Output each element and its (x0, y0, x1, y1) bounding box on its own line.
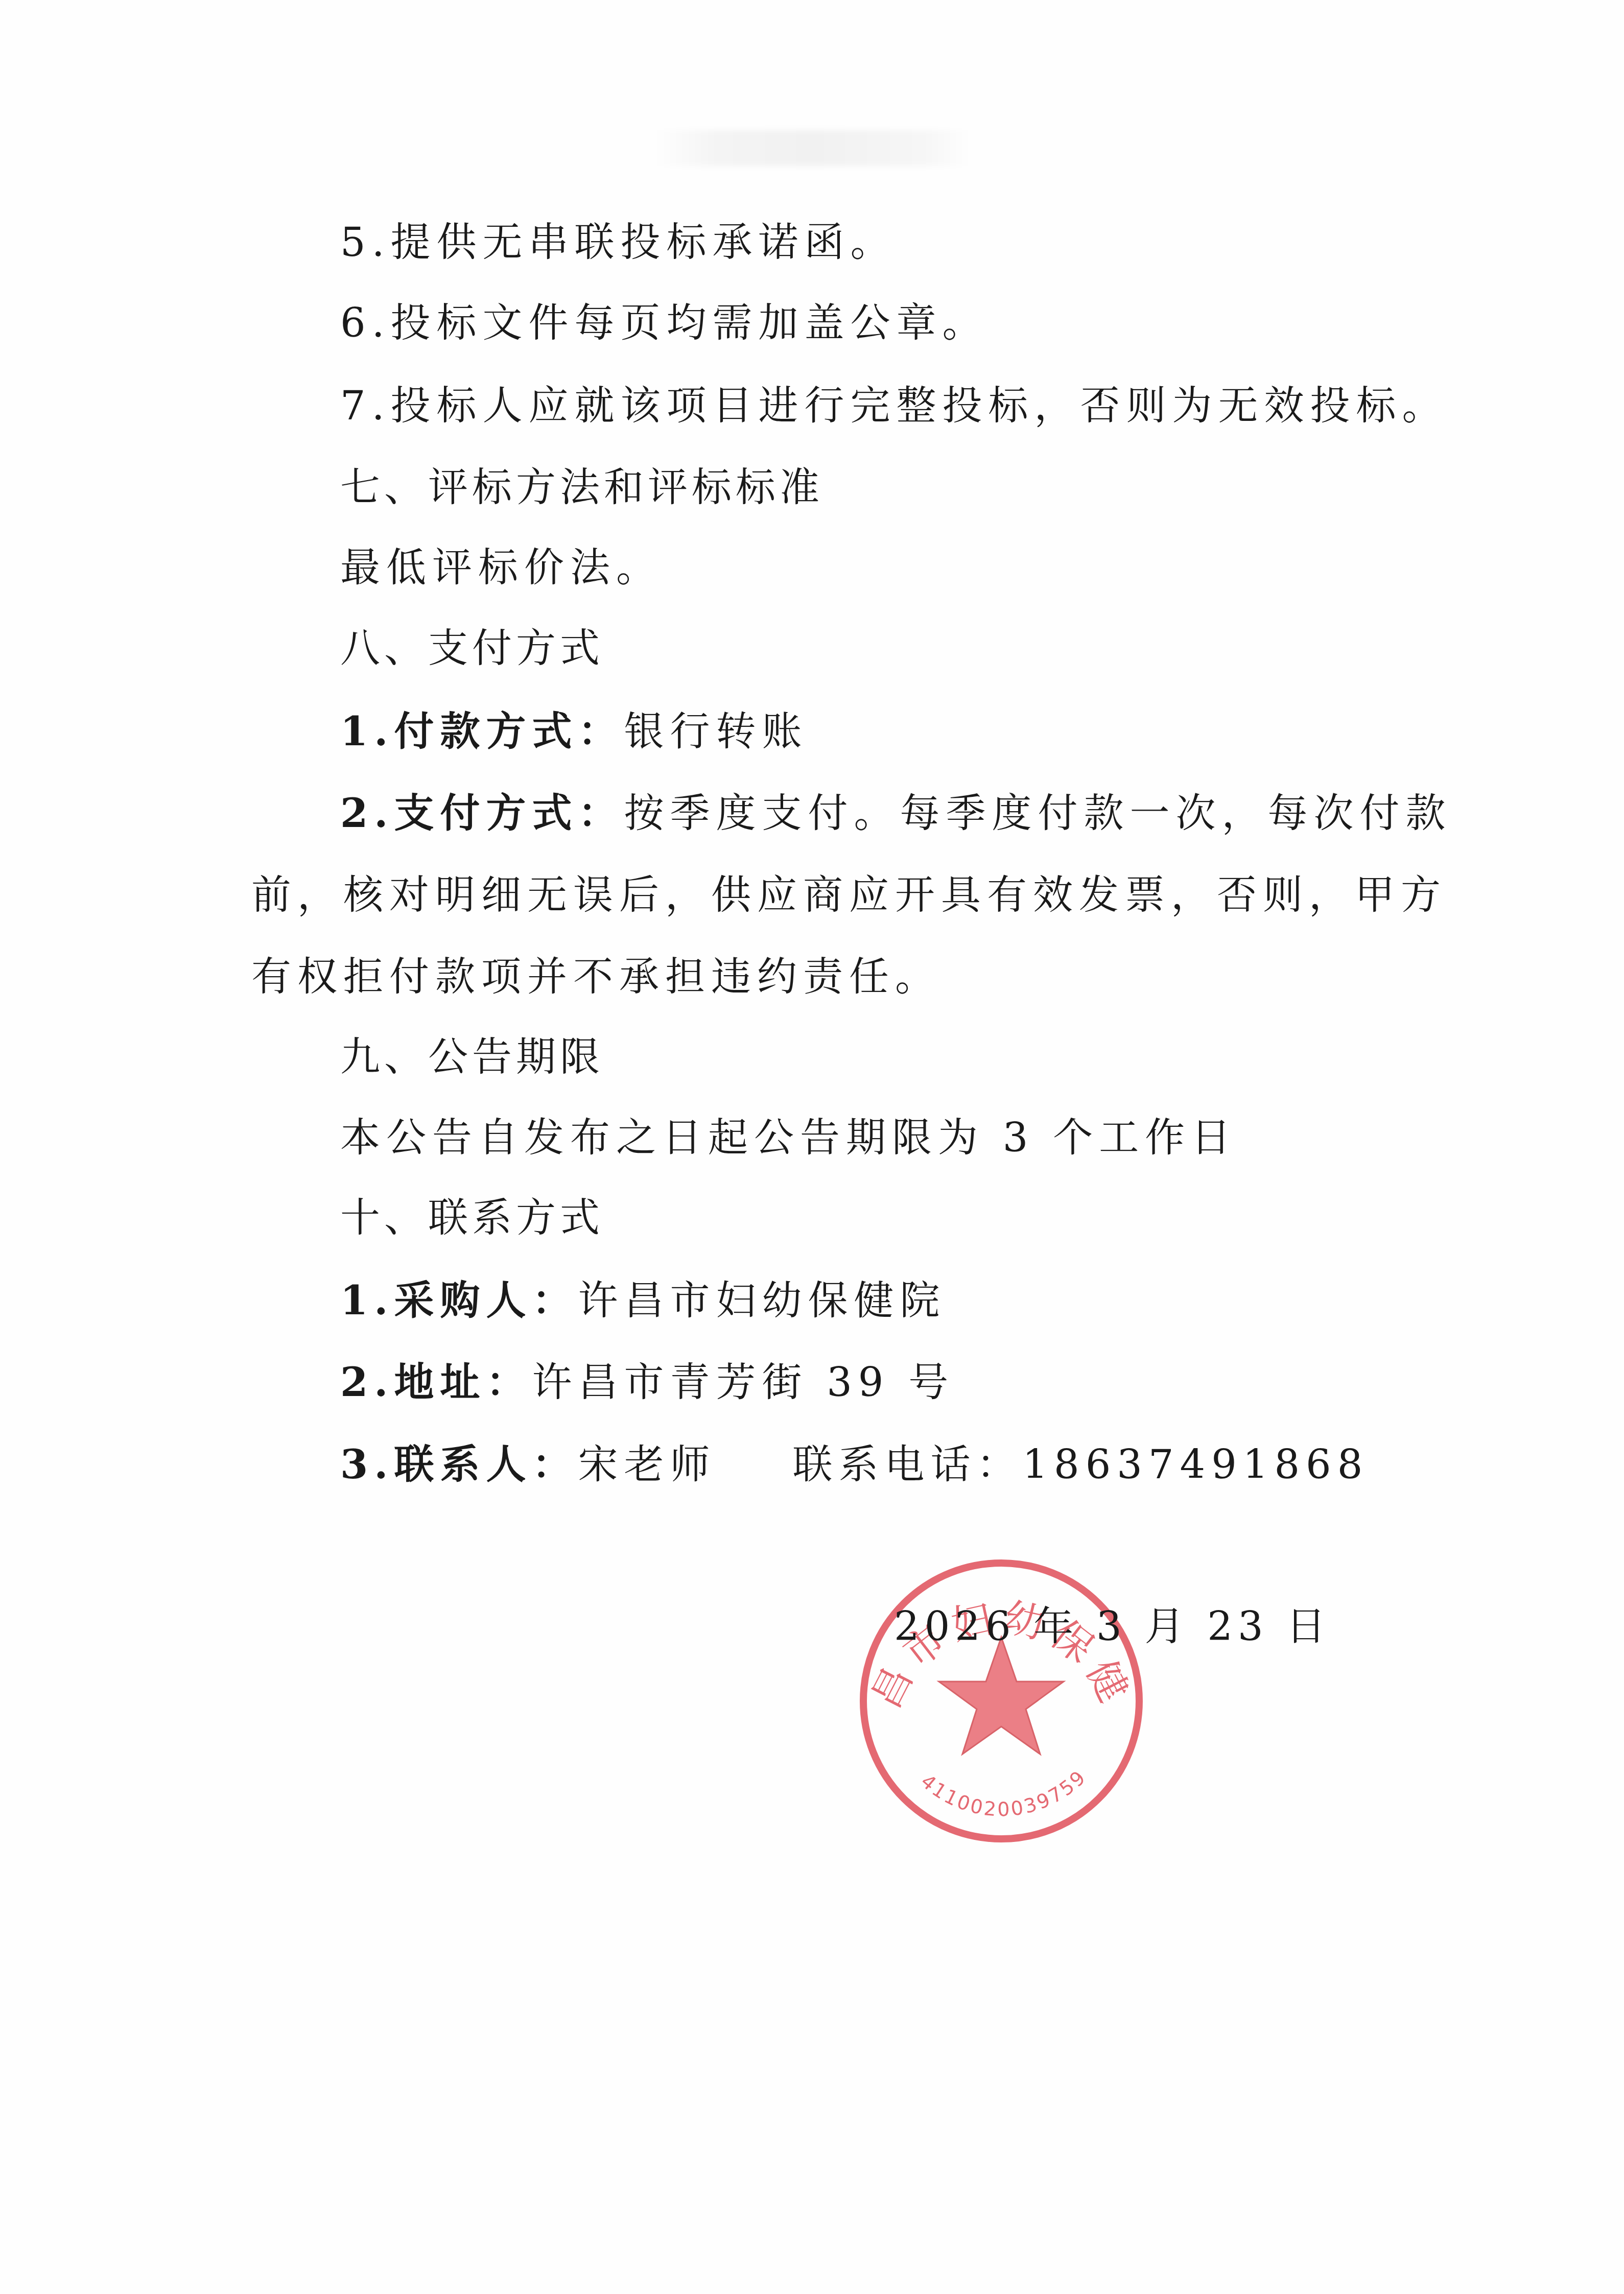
address-label: 2.地址： (340, 1359, 532, 1406)
section-10-heading: 十、联系方式 (340, 1193, 604, 1244)
section-8-heading: 八、支付方式 (340, 623, 604, 674)
section-9-heading: 九、公告期限 (340, 1032, 604, 1083)
contact-label: 3.联系人： (340, 1441, 578, 1488)
payment-method-value: 银行转账 (624, 709, 808, 755)
item-5: 5.提供无串联投标承诺函。 (340, 217, 896, 268)
item-text: 投标人应就该项目进行完整投标，否则为无效投标。 (390, 383, 1448, 429)
item-number: 7. (340, 383, 390, 429)
document-page: 5.提供无串联投标承诺函。 6.投标文件每页均需加盖公章。 7.投标人应就该项目… (0, 0, 1624, 2294)
payment-terms-line3: 有权拒付款项并不承担违约责任。 (251, 952, 941, 1003)
item-number: 5. (340, 220, 390, 266)
payment-terms: 2.支付方式：按季度支付。每季度付款一次，每次付款 (340, 788, 1451, 839)
section-9-body: 本公告自发布之日起公告期限为 3 个工作日 (340, 1113, 1237, 1164)
phone-label: 联系电话： (792, 1442, 1022, 1488)
address-value: 许昌市青芳街 39 号 (532, 1360, 954, 1406)
item-text: 提供无串联投标承诺函。 (390, 220, 896, 266)
seal-code: 4110020039759 (916, 1765, 1091, 1821)
document-date: 2026 年 3 月 23 日 (894, 1601, 1331, 1652)
faint-bleed-through-header (654, 130, 971, 166)
payment-method: 1.付款方式：银行转账 (340, 706, 808, 758)
address: 2.地址：许昌市青芳街 39 号 (340, 1357, 954, 1408)
star-icon (939, 1637, 1064, 1754)
payment-terms-line2: 前，核对明细无误后，供应商应开具有效发票，否则，甲方 (251, 870, 1447, 921)
payment-terms-label: 2.支付方式： (340, 790, 624, 837)
purchaser-value: 许昌市妇幼保健院 (578, 1278, 946, 1324)
contact-value: 宋老师 (578, 1442, 716, 1488)
item-text: 投标文件每页均需加盖公章。 (390, 300, 988, 346)
official-seal: 许昌市妇幼保健院 4110020039759 (848, 1548, 1155, 1854)
item-7: 7.投标人应就该项目进行完整投标，否则为无效投标。 (340, 381, 1448, 432)
purchaser-label: 1.采购人： (340, 1278, 578, 1324)
contact: 3.联系人：宋老师联系电话：18637491868 (340, 1439, 1369, 1491)
item-number: 6. (340, 300, 390, 346)
purchaser: 1.采购人：许昌市妇幼保健院 (340, 1275, 946, 1327)
phone-value: 18637491868 (1022, 1442, 1369, 1488)
item-6: 6.投标文件每页均需加盖公章。 (340, 298, 988, 349)
section-7-body: 最低评标价法。 (340, 542, 662, 594)
payment-method-label: 1.付款方式： (340, 708, 624, 755)
payment-terms-line1: 按季度支付。每季度付款一次，每次付款 (624, 791, 1451, 837)
section-7-heading: 七、评标方法和评标标准 (340, 462, 823, 513)
